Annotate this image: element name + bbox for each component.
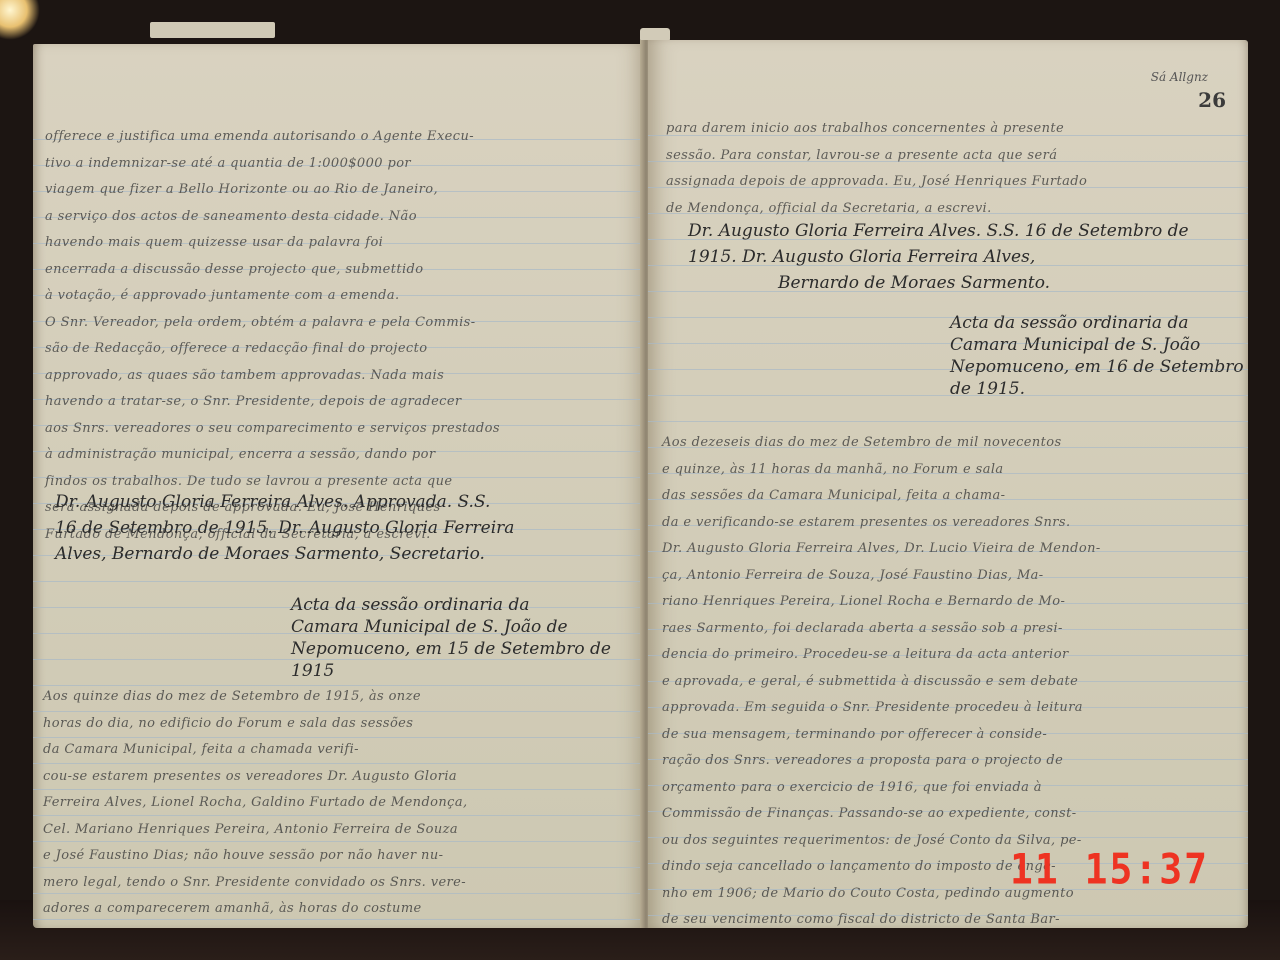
text-line: tivo a indemnizar-se até a quantia de 1:… [45,151,500,178]
text-line: dencia do primeiro. Procedeu-se a leitur… [662,642,1101,669]
text-line: ração dos Snrs. vereadores a proposta pa… [662,748,1101,775]
text-line: O Snr. Vereador, pela ordem, obtém a pal… [45,310,500,337]
text-line: e José Faustino Dias; não houve sessão p… [43,843,468,870]
signature-line: Alves, Bernardo de Moraes Sarmento, Secr… [55,541,514,567]
text-line: orçamento para o exercicio de 1916, que … [662,775,1101,802]
text-line: à votação, é approvado juntamente com a … [45,283,500,310]
heading-line: de 1915. [950,378,1244,400]
left-body-bottom: Aos quinze dias do mez de Setembro de 19… [43,684,468,923]
text-line: a serviço dos actos de saneamento desta … [45,204,500,231]
text-line: são de Redacção, offerece a redacção fin… [45,336,500,363]
text-line: ça, Antonio Ferreira de Souza, José Faus… [662,563,1101,590]
text-line: para darem inicio aos trabalhos concerne… [666,116,1087,143]
text-line: adores a comparecerem amanhã, às horas d… [43,896,468,923]
right-page: Sá Allgnz 26 para darem inicio aos traba… [648,40,1248,928]
right-session-heading: Acta da sessão ordinaria da Camara Munic… [950,312,1244,400]
text-line: mero legal, tendo o Snr. Presidente conv… [43,870,468,897]
signature-line: Dr. Augusto Gloria Ferreira Alves. Appro… [55,489,514,515]
text-line: Ferreira Alves, Lionel Rocha, Galdino Fu… [43,790,468,817]
signature-line: 1915. Dr. Augusto Gloria Ferreira Alves, [688,244,1189,270]
text-line: Aos dezeseis dias do mez de Setembro de … [662,430,1101,457]
signature-line: Dr. Augusto Gloria Ferreira Alves. S.S. … [688,218,1189,244]
text-line: à administração municipal, encerra a ses… [45,442,500,469]
left-page: offerece e justifica uma emenda autorisa… [33,44,645,928]
text-line: raes Sarmento, foi declarada aberta a se… [662,616,1101,643]
text-line: assignada depois de approvada. Eu, José … [666,169,1087,196]
right-body-top: para darem inicio aos trabalhos concerne… [666,116,1087,222]
text-line: aos Snrs. vereadores o seu compareciment… [45,416,500,443]
heading-line: Acta da sessão ordinaria da [950,312,1244,334]
heading-line: Acta da sessão ordinaria da [291,594,645,616]
text-line: viagem que fizer a Bello Horizonte ou ao… [45,177,500,204]
text-line: encerrada a discussão desse projecto que… [45,257,500,284]
left-body-top: offerece e justifica uma emenda autorisa… [45,124,500,548]
text-line: havendo mais quem quizesse usar da palav… [45,230,500,257]
left-session-heading: Acta da sessão ordinaria da Camara Munic… [291,594,645,682]
text-line: Cel. Mariano Henriques Pereira, Antonio … [43,817,468,844]
lamp-glare [0,0,40,40]
text-line: de sua mensagem, terminando por offerece… [662,722,1101,749]
text-line: Commissão de Finanças. Passando-se ao ex… [662,801,1101,828]
heading-line: Camara Municipal de S. João [950,334,1244,356]
open-ledger: offerece e justifica uma emenda autorisa… [33,40,1248,928]
text-line: approvada. Em seguida o Snr. Presidente … [662,695,1101,722]
text-line: da Camara Municipal, feita a chamada ver… [43,737,468,764]
text-line: riano Henriques Pereira, Lionel Rocha e … [662,589,1101,616]
camera-timestamp: 11 15:37 [1010,845,1209,893]
text-line: sessão. Para constar, lavrou-se a presen… [666,143,1087,170]
text-line: e aprovada, e geral, é submettida à disc… [662,669,1101,696]
text-line: offerece e justifica uma emenda autorisa… [45,124,500,151]
text-line: approvado, as quaes são tambem approvada… [45,363,500,390]
heading-line: Nepomuceno, em 16 de Setembro [950,356,1244,378]
page-tab [150,22,275,38]
text-line: de seu vencimento como fiscal do distric… [662,907,1101,928]
text-line: e quinze, às 11 horas da manhã, no Forum… [662,457,1101,484]
text-line: havendo a tratar-se, o Snr. Presidente, … [45,389,500,416]
page-number: 26 [1198,88,1226,112]
text-line: cou-se estarem presentes os vereadores D… [43,764,468,791]
text-line: da e verificando-se estarem presentes os… [662,510,1101,537]
text-line: horas do dia, no edificio do Forum e sal… [43,711,468,738]
signature-line: 16 de Setembro de 1915. Dr. Augusto Glor… [55,515,514,541]
signature-line: Bernardo de Moraes Sarmento. [688,270,1189,296]
rubric-initials: Sá Allgnz [1151,70,1208,84]
text-line: das sessões da Camara Municipal, feita a… [662,483,1101,510]
heading-line: Nepomuceno, em 15 de Setembro de 1915 [291,638,645,682]
left-signature-block: Dr. Augusto Gloria Ferreira Alves. Appro… [55,489,514,567]
right-signature-block: Dr. Augusto Gloria Ferreira Alves. S.S. … [688,218,1189,296]
text-line: Dr. Augusto Gloria Ferreira Alves, Dr. L… [662,536,1101,563]
text-line: Aos quinze dias do mez de Setembro de 19… [43,684,468,711]
heading-line: Camara Municipal de S. João de [291,616,645,638]
